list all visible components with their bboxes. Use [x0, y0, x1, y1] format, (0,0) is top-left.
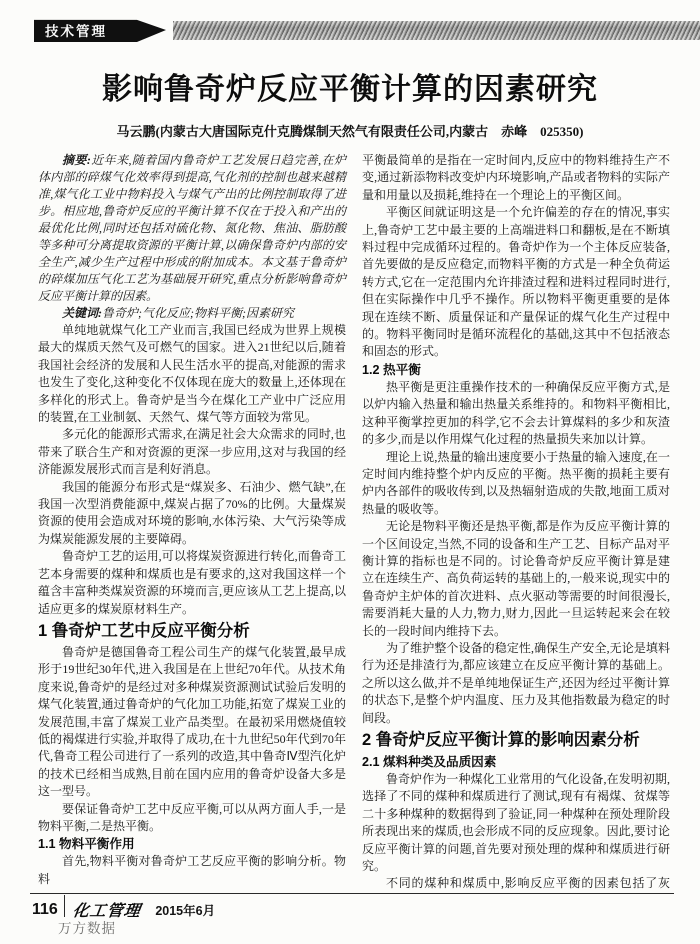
keywords: 关键词:鲁奇炉;气化反应;物料平衡;因素研究	[38, 305, 346, 322]
subsection-heading-1-1: 1.1 物料平衡作用	[38, 835, 346, 853]
wanfang-watermark: 万方数据	[58, 917, 116, 937]
section-heading-1: 1 鲁奇炉工艺中反应平衡分析	[38, 619, 346, 643]
article-body: 摘要:近年来,随着国内鲁奇炉工艺发展日趋完善,在炉体内部的碎煤气化效率得到提高,…	[38, 152, 670, 890]
section-banner: 技术管理	[34, 18, 166, 42]
issue-date: 2015年6月	[155, 901, 215, 919]
subsection-heading-2-1: 2.1 煤料种类及品质因素	[362, 753, 670, 771]
paragraph: 单纯地就煤气化工产业而言,我国已经成为世界上规模最大的煤质天然气及可燃气的国家。…	[38, 322, 346, 426]
paragraph: 平衡最简单的是指在一定时间内,反应中的物料维持生产不变,通过新添物料改变炉内环境…	[362, 152, 670, 204]
page-header: 技术管理	[0, 18, 700, 42]
subsection-heading-1-2: 1.2 热平衡	[362, 361, 670, 379]
paragraph: 我国的能源分布形式是“煤炭多、石油少、燃气缺”,在我国一次型消费能源中,煤炭占据…	[38, 479, 346, 549]
paragraph: 理论上说,热量的输出速度要小于热量的输入速度,在一定时间内维持整个炉内反应的平衡…	[362, 449, 670, 519]
right-column: 平衡最简单的是指在一定时间内,反应中的物料维持生产不变,通过新添物料改变炉内环境…	[362, 152, 670, 890]
paragraph: 无论是物料平衡还是热平衡,都是作为反应平衡计算的一个区间设定,当然,不同的设备和…	[362, 518, 670, 640]
abstract-text: 近年来,随着国内鲁奇炉工艺发展日趋完善,在炉体内部的碎煤气化效率得到提高,气化剂…	[38, 153, 346, 303]
page-number: 116	[32, 901, 58, 919]
paragraph: 鲁奇炉工艺的运用,可以将煤炭资源进行转化,而鲁奇工艺本身需要的煤种和煤质也是有要…	[38, 548, 346, 618]
section-heading-2: 2 鲁奇炉反应平衡计算的影响因素分析	[362, 728, 670, 752]
paragraph: 鲁奇炉是德国鲁奇工程公司生产的煤气化装置,最早成形于19世纪30年代,进入我国是…	[38, 644, 346, 801]
abstract: 摘要:近年来,随着国内鲁奇炉工艺发展日趋完善,在炉体内部的碎煤气化效率得到提高,…	[38, 152, 346, 305]
author-line: 马云鹏(内蒙古大唐国际克什克腾煤制天然气有限责任公司,内蒙古 赤峰 025350…	[0, 121, 700, 140]
keywords-label: 关键词:	[62, 306, 102, 320]
paragraph: 首先,物料平衡对鲁奇炉工艺反应平衡的影响分析。物料	[38, 853, 346, 888]
paragraph: 平衡区间就证明这是一个允许偏差的存在的情况,事实上,鲁奇炉工艺中最主要的上高端进…	[362, 204, 670, 361]
paragraph: 鲁奇炉作为一种煤化工业常用的气化设备,在发明初期,选择了不同的煤种和煤质进行了测…	[362, 771, 670, 875]
abstract-label: 摘要:	[62, 153, 91, 167]
left-column: 摘要:近年来,随着国内鲁奇炉工艺发展日趋完善,在炉体内部的碎煤气化效率得到提高,…	[38, 152, 346, 890]
journal-page: 技术管理 影响鲁奇炉反应平衡计算的因素研究 马云鹏(内蒙古大唐国际克什克腾煤制天…	[0, 0, 700, 944]
paragraph: 多元化的能源形式需求,在满足社会大众需求的同时,也带来了联合生产和对资源的更深一…	[38, 426, 346, 478]
paragraph: 热平衡是更注重操作技术的一种确保反应平衡方式,是以炉内输入热量和输出热量关系维持…	[362, 379, 670, 449]
keywords-text: 鲁奇炉;气化反应;物料平衡;因素研究	[102, 306, 294, 320]
footer-divider	[64, 895, 66, 917]
paragraph: 不同的煤种和煤质中,影响反应平衡的因素包括了灰分、	[362, 875, 670, 890]
banner-label: 技术管理	[34, 20, 107, 41]
paragraph: 为了维护整个设备的稳定性,确保生产安全,无论是填料行为还是排渣行为,都应该建立在…	[362, 640, 670, 727]
footer-rule	[30, 893, 674, 894]
article-title: 影响鲁奇炉反应平衡计算的因素研究	[0, 64, 700, 108]
header-texture-strip	[173, 21, 700, 40]
paragraph: 要保证鲁奇炉工艺中反应平衡,可以从两方面人手,一是物料平衡,二是热平衡。	[38, 801, 346, 836]
